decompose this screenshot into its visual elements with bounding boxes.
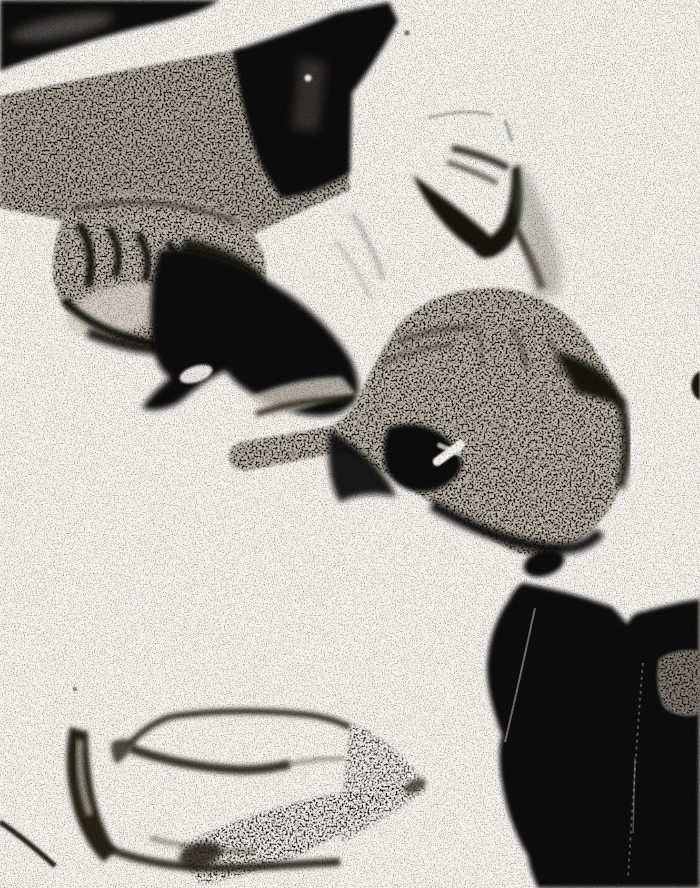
print-grain-overlay (0, 0, 700, 888)
photograph (0, 0, 700, 888)
photo-canvas (0, 0, 700, 888)
